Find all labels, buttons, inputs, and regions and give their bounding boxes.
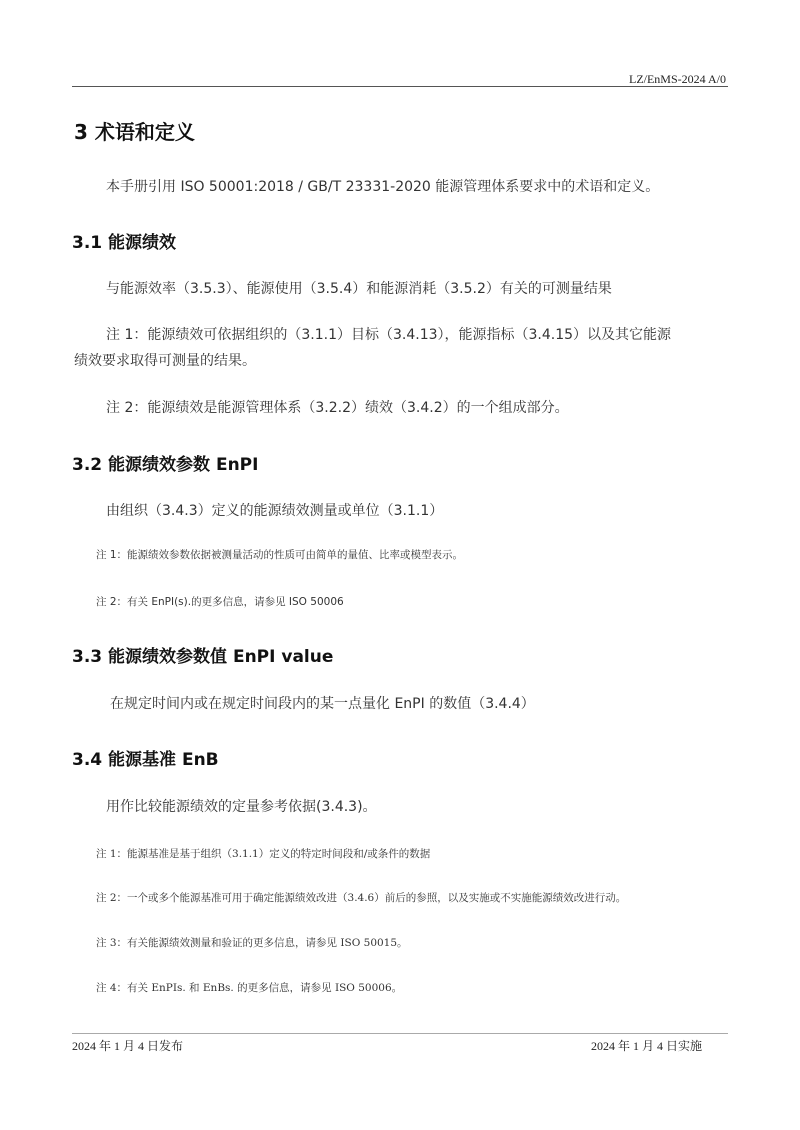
header-divider [72,86,728,87]
term-heading-3-2: 3.2 能源绩效参数 EnPI [72,450,258,475]
term-note-3-2-1: 注 1：能源绩效参数依据被测量活动的性质可由简单的量值、比率或模型表示。 [96,547,463,562]
section-title: 3 术语和定义 [74,116,195,145]
term-note-3-4-4: 注 4：有关 EnPIs. 和 EnBs. 的更多信息，请参见 ISO 5000… [96,980,402,995]
term-heading-3-4: 3.4 能源基准 EnB [72,745,219,770]
effective-date: 2024 年 1 月 4 日实施 [591,1037,702,1054]
term-heading-3-3: 3.3 能源绩效参数值 EnPI value [72,642,333,667]
issue-date: 2024 年 1 月 4 日发布 [72,1037,183,1054]
term-note-3-2-2: 注 2：有关 EnPI(s).的更多信息，请参见 ISO 50006 [96,594,344,609]
term-heading-3-1: 3.1 能源绩效 [72,228,176,253]
document-code: LZ/EnMS-2024 A/0 [629,72,726,87]
term-note-3-1-1-cont: 绩效要求取得可测量的结果。 [74,350,256,370]
term-note-3-4-3: 注 3：有关能源绩效测量和验证的更多信息，请参见 ISO 50015。 [96,935,408,950]
term-definition-3-2: 由组织（3.4.3）定义的能源绩效测量或单位（3.1.1） [106,500,443,520]
term-note-3-4-1: 注 1：能源基准是基于组织（3.1.1）定义的特定时间段和/或条件的数据 [96,846,430,861]
term-definition-3-3: 在规定时间内或在规定时间段内的某一点量化 EnPI 的数值（3.4.4） [110,693,535,713]
term-note-3-4-2: 注 2：一个或多个能源基准可用于确定能源绩效改进（3.4.6）前后的参照，以及实… [96,890,626,905]
footer-divider [72,1033,728,1034]
term-note-3-1-2: 注 2：能源绩效是能源管理体系（3.2.2）绩效（3.4.2）的一个组成部分。 [106,397,569,417]
section-intro: 本手册引用 ISO 50001:2018 / GB/T 23331-2020 能… [106,176,659,196]
term-note-3-1-1: 注 1：能源绩效可依据组织的（3.1.1）目标（3.4.13），能源指标（3.4… [106,324,671,344]
term-definition-3-1: 与能源效率（3.5.3）、能源使用（3.5.4）和能源消耗（3.5.2）有关的可… [106,278,612,298]
term-definition-3-4: 用作比较能源绩效的定量参考依据(3.4.3)。 [106,796,377,816]
